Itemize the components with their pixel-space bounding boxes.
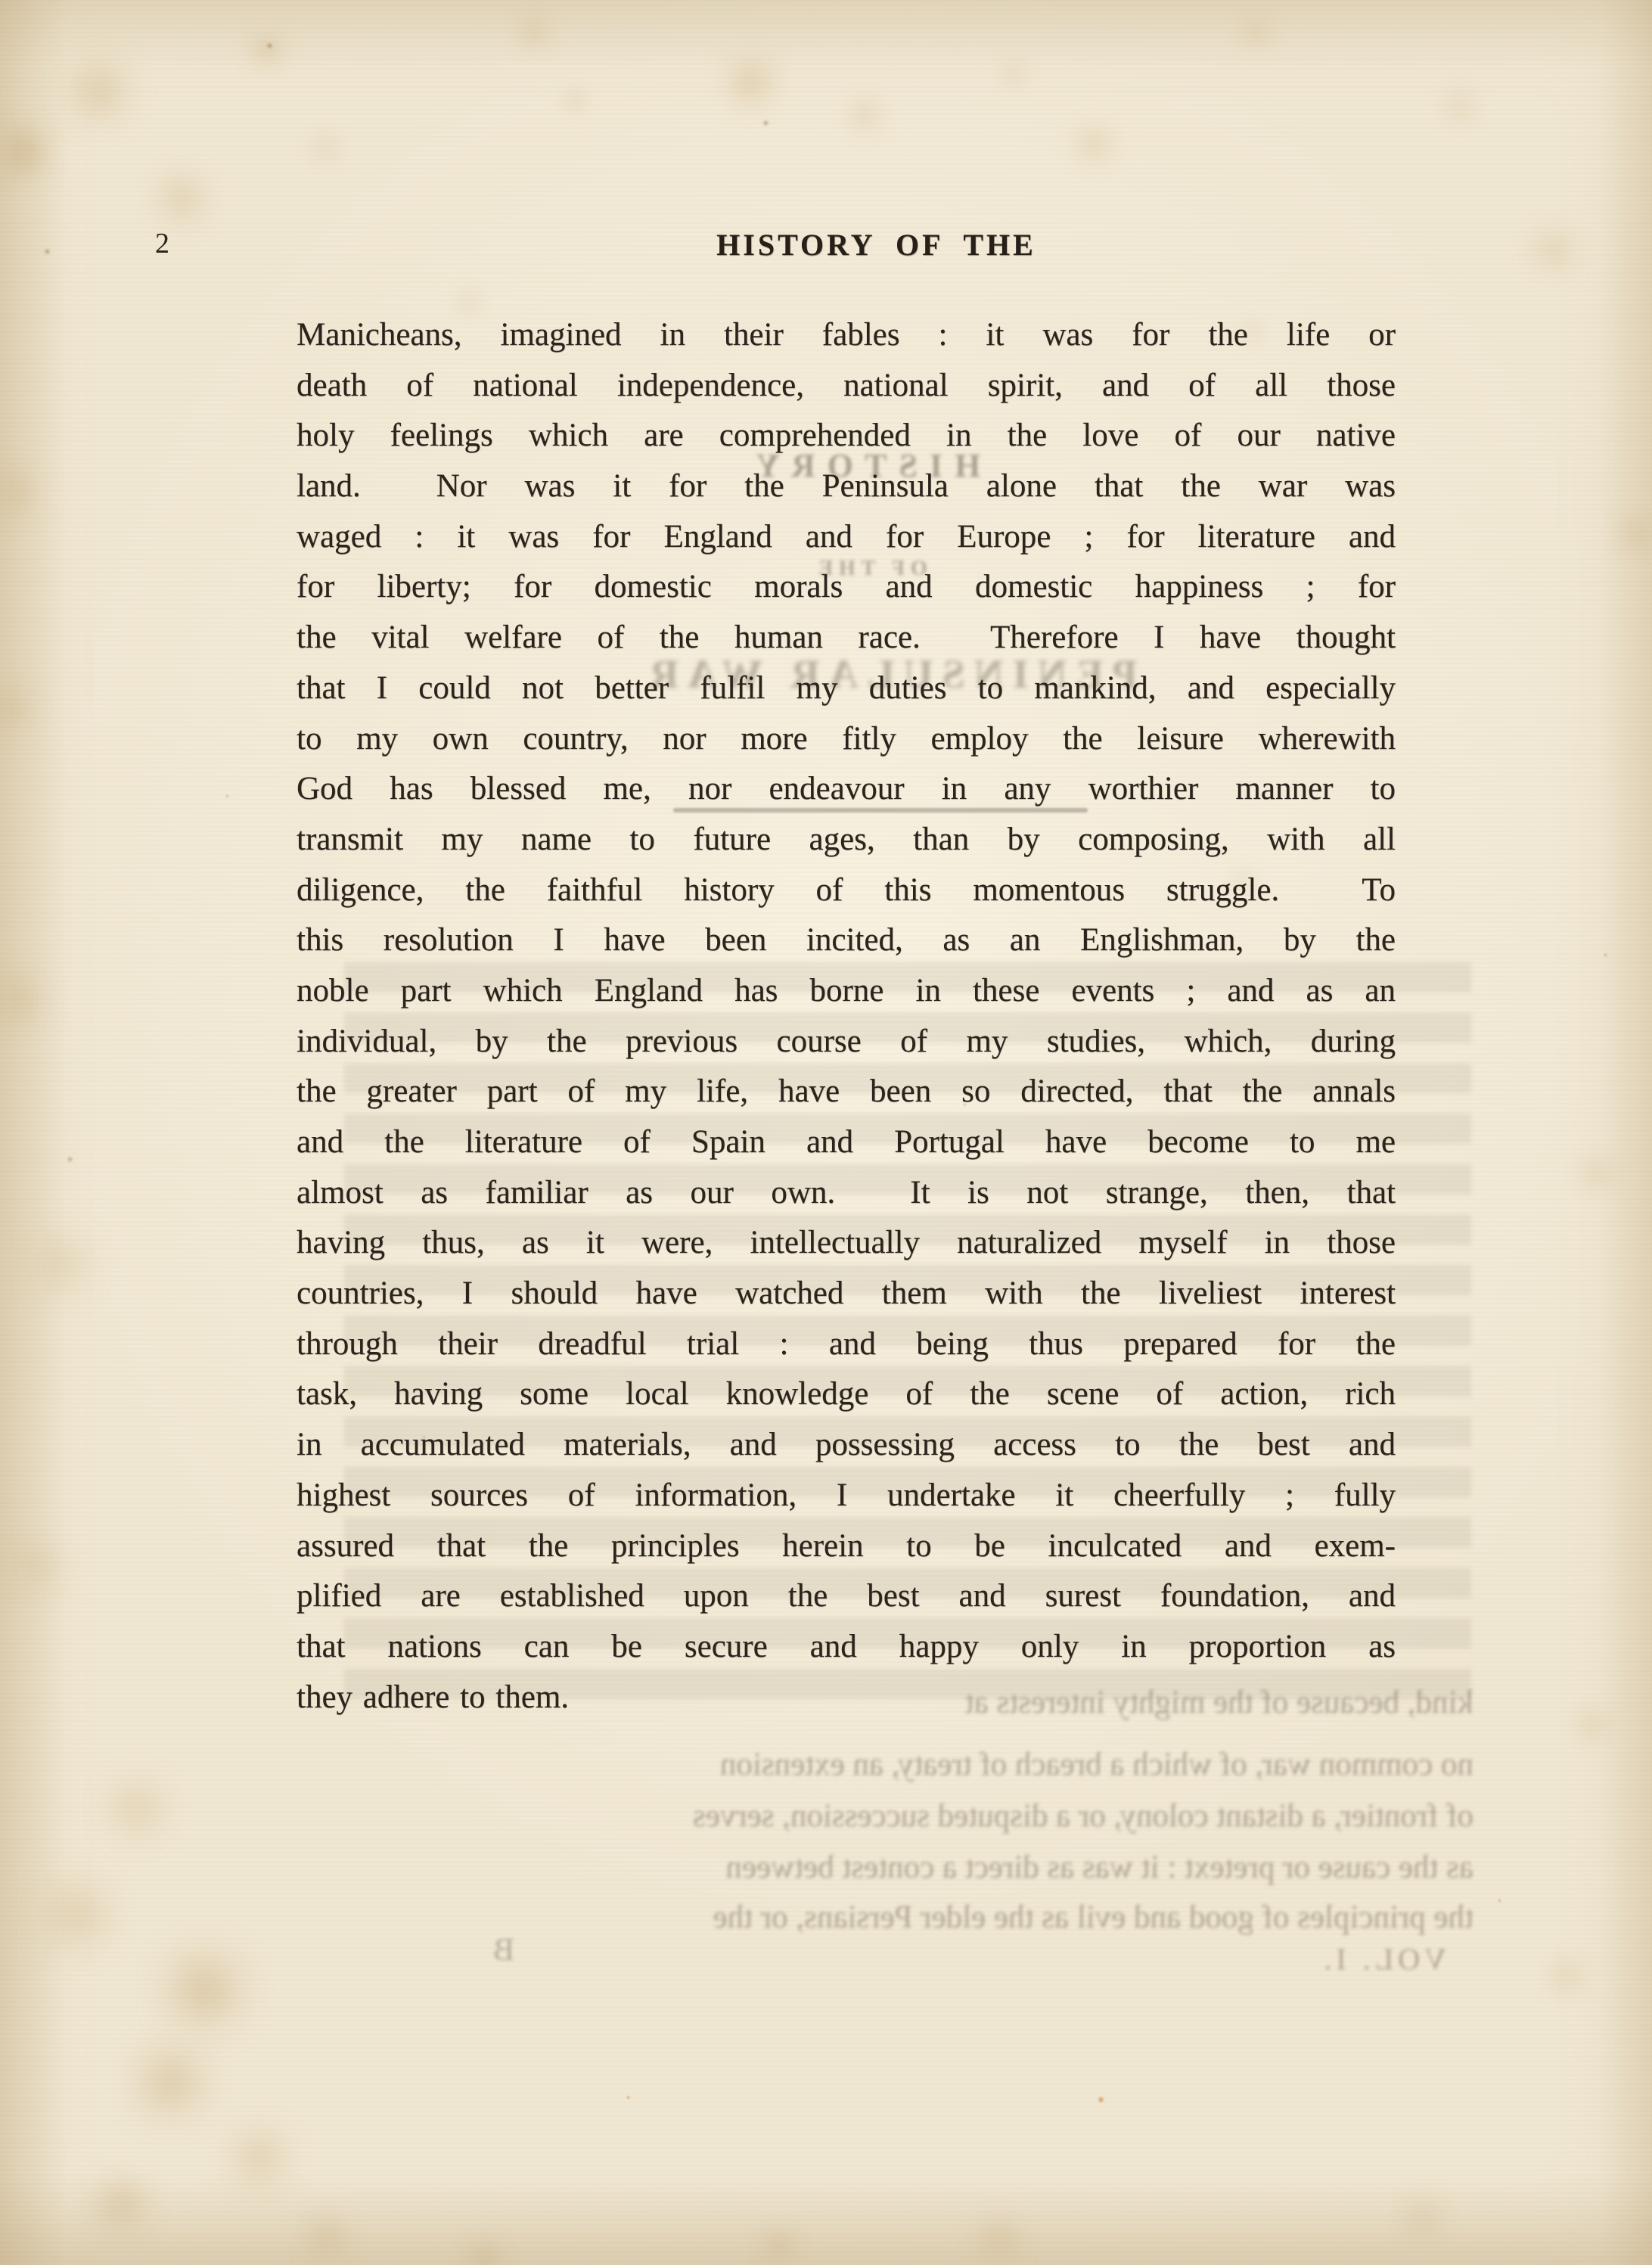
body-line: assured that the principles herein to be… [297,1521,1396,1572]
body-line: Manicheans, imagined in their fables : i… [297,310,1396,361]
body-line: and the literature of Spain and Portugal… [297,1117,1396,1168]
body-line: countries, I should have watched them wi… [297,1269,1396,1319]
bleedthrough-volume-label: VOL. I. [1233,1941,1446,1977]
body-line: transmit my name to future ages, than by… [297,815,1396,865]
bleedthrough-signature-mark: B [469,1932,514,1968]
bleedthrough-line: of frontier, a distant colony, or a disp… [356,1791,1473,1841]
body-line: God has blessed me, nor endeavour in any… [297,764,1396,815]
body-line: diligence, the faithful history of this … [297,865,1396,916]
body-line: in accumulated materials, and possessing… [297,1420,1396,1471]
body-line: for liberty; for domestic morals and dom… [297,562,1396,613]
body-line: land. Nor was it for the Peninsula alone… [297,461,1396,512]
page-number: 2 [155,227,169,260]
foxing-specks [0,0,1,1]
body-line: plified are established upon the best an… [297,1571,1396,1622]
body-line: death of national independence, national… [297,361,1396,412]
body-line: holy feelings which are comprehended in … [297,411,1396,461]
bleedthrough-line: the principles of good and evil as the e… [356,1893,1473,1943]
body-line: that nations can be secure and happy onl… [297,1622,1396,1673]
body-paragraph: Manicheans, imagined in their fables : i… [297,310,1396,1723]
running-header: HISTORY OF THE [327,227,1426,263]
body-line: noble part which England has borne in th… [297,966,1396,1017]
body-line: having thus, as it were, intellectually … [297,1218,1396,1269]
body-line: the vital welfare of the human race. The… [297,613,1396,663]
body-line: they adhere to them. [297,1673,1396,1723]
bleedthrough-line: as the cause or pretext : it was as dire… [356,1843,1473,1893]
body-line: through their dreadful trial : and being… [297,1319,1396,1370]
body-line: highest sources of information, I undert… [297,1471,1396,1521]
body-line: this resolution I have been incited, as … [297,915,1396,966]
body-line: waged : it was for England and for Europ… [297,512,1396,563]
body-line: that I could not better fulfil my duties… [297,663,1396,714]
body-line: individual, by the previous course of my… [297,1017,1396,1067]
body-line: to my own country, nor more fitly employ… [297,714,1396,765]
body-line: almost as familiar as our own. It is not… [297,1168,1396,1219]
body-line: the greater part of my life, have been s… [297,1067,1396,1117]
book-page-scan: HISTORY OF THE PENINSULAR WAR kind, beca… [0,0,1652,2265]
body-line: task, having some local knowledge of the… [297,1369,1396,1420]
bleedthrough-line: no common war, of which a breach of trea… [356,1740,1473,1790]
